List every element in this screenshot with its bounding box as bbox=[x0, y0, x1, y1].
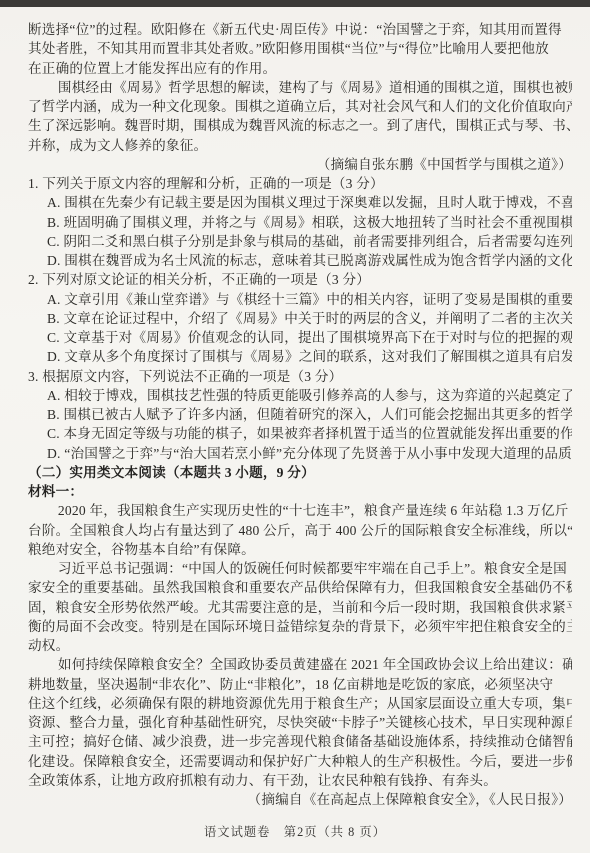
text-line: 台阶。全国粮食人均占有量达到了 480 公斤，高于 400 公斤的国际粮食安全标… bbox=[28, 521, 572, 540]
text-line: 耕地数量，坚决遏制“非农化”、防止“非粮化”，18 亿亩耕地是吃饭的家底，必须坚… bbox=[28, 675, 572, 694]
option-b: B. 文章在论证过程中，介绍了《周易》中关于时的两层的含义，并阐明了二者的主次关… bbox=[28, 309, 572, 328]
option-d: D. 文章从多个角度探讨了围棋与《周易》之间的联系，这对我们了解围棋之道具有启发… bbox=[28, 347, 572, 366]
material-1-paragraph-1: 2020 年，我国粮食生产实现历史性的“十七连丰”，粮食产量连续 6 年站稳 1… bbox=[28, 501, 572, 559]
question-stem: 2. 下列对原文论证的相关分析，不正确的一项是（3 分） bbox=[28, 270, 572, 289]
page-footer: 语文试题卷 第2页（共 8 页） bbox=[0, 822, 590, 840]
text-line: 衡的局面不会改变。特别是在国际环境日益错综复杂的背景下，必须牢牢把住粮食安全的主 bbox=[28, 617, 572, 636]
passage-continuation-paragraph: 断选择“位”的过程。欧阳修在《新五代史·周臣传》中说：“治国譬之于弈，知其用而置… bbox=[28, 20, 572, 78]
text-line: 如何持续保障粮食安全？全国政协委员黄建盛在 2021 年全国政协会议上给出建议：… bbox=[28, 655, 572, 674]
text-line: 主可控；搞好仓储、减少浪费，进一步完善现代粮食储备基础设施体系，持续推动仓储智能 bbox=[28, 732, 572, 751]
question-stem: 3. 根据原文内容，下列说法不正确的一项是（3 分） bbox=[28, 367, 572, 386]
citation-line: （摘编自《在高起点上保障粮食安全》，《人民日报》） bbox=[28, 790, 572, 809]
option-c: C. 本身无固定等级与功能的棋子，如果被弈者择机置于适当的位置就能发挥出重要的作… bbox=[28, 424, 572, 443]
text-line: 习近平总书记强调：“中国人的饭碗任何时候都要牢牢端在自己手上”。粮食安全是国 bbox=[28, 559, 572, 578]
text-line: 粮绝对安全，谷物基本自给”有保障。 bbox=[28, 540, 572, 559]
text-line: 家安全的重要基础。虽然我国粮食和重要农产品供给保障有力，但我国粮食安全基础仍不稳 bbox=[28, 578, 572, 597]
text-line: 并称，成为文人修养的象征。 bbox=[28, 136, 572, 155]
source-citation-material-1: （摘编自《在高起点上保障粮食安全》，《人民日报》） bbox=[28, 790, 572, 809]
text-line: 资源、整合力量，强化育种基础性研究，尽快突破“卡脖子”关键核心技术，早日实现种源… bbox=[28, 713, 572, 732]
option-d: D. 围棋在魏晋成为名士风流的标志，意味着其已脱离游戏属性成为饱含哲学内涵的文化… bbox=[28, 251, 572, 270]
scan-edge-artifact bbox=[0, 0, 590, 7]
text-line: 2020 年，我国粮食生产实现历史性的“十七连丰”，粮食产量连续 6 年站稳 1… bbox=[28, 501, 572, 520]
exam-page: 断选择“位”的过程。欧阳修在《新五代史·周臣传》中说：“治国譬之于弈，知其用而置… bbox=[0, 0, 590, 853]
question-3: 3. 根据原文内容，下列说法不正确的一项是（3 分）A. 相较于博戏，围棋技艺性… bbox=[28, 367, 572, 463]
option-c: C. 文章基于对《周易》价值观念的认同，提出了围棋境界高下在于对时与位的把握的观… bbox=[28, 328, 572, 347]
option-a: A. 围棋在先秦少有记载主要是因为围棋义理过于深奥难以发掘，且时人耽于博戏，不喜… bbox=[28, 193, 572, 212]
material-1-paragraph-3: 如何持续保障粮食安全？全国政协委员黄建盛在 2021 年全国政协会议上给出建议：… bbox=[28, 655, 572, 790]
option-c: C. 阴阳二爻和黑白棋子分别是卦象与棋局的基础，前者需要排列组合，后者需要勾连列… bbox=[28, 232, 572, 251]
option-b: B. 班固明确了围棋义理，并将之与《周易》相联，这极大地扭转了当时社会不重视围棋… bbox=[28, 213, 572, 232]
exam-text: 断选择“位”的过程。欧阳修在《新五代史·周臣传》中说：“治国譬之于弈，知其用而置… bbox=[28, 20, 572, 809]
question-2: 2. 下列对原文论证的相关分析，不正确的一项是（3 分）A. 文章引用《兼山堂弈… bbox=[28, 270, 572, 366]
text-line: 全政策体系，让地方政府抓粮有动力、有干劲，让农民种粮有钱挣、有奔头。 bbox=[28, 771, 572, 790]
passage-paragraph-zhouyi: 围棋经由《周易》哲学思想的解读，建构了与《周易》道相通的围棋之道，围棋也被赋予了… bbox=[28, 78, 572, 155]
option-d: D. “治国譬之于弈”与“治大国若烹小鲜”充分体现了先贤善于从小事中发现大道理的… bbox=[28, 444, 572, 463]
material-label: 材料一： bbox=[28, 482, 572, 501]
question-stem: 1. 下列关于原文内容的理解和分析，正确的一项是（3 分） bbox=[28, 174, 572, 193]
section-heading-2: （二）实用类文本阅读（本题共 3 小题，9 分） bbox=[28, 463, 572, 482]
text-line: 断选择“位”的过程。欧阳修在《新五代史·周臣传》中说：“治国譬之于弈，知其用而置… bbox=[28, 20, 572, 39]
question-1: 1. 下列关于原文内容的理解和分析，正确的一项是（3 分）A. 围棋在先秦少有记… bbox=[28, 174, 572, 270]
text-line: 其处者胜，不知其用而置非其处者败。”欧阳修用围棋“当位”与“得位”比喻用人要把他… bbox=[28, 39, 572, 58]
text-line: 动权。 bbox=[28, 636, 572, 655]
text-line: 固，粮食安全形势依然严峻。尤其需要注意的是，当前和今后一段时期，我国粮食供求紧平 bbox=[28, 598, 572, 617]
citation-line: （摘编自张东鹏《中国哲学与围棋之道》） bbox=[28, 155, 572, 174]
text-line: 生了深远影响。魏晋时期，围棋成为魏晋风流的标志之一。到了唐代，围棋正式与琴、书、… bbox=[28, 116, 572, 135]
material-1-label: 材料一： bbox=[28, 482, 572, 501]
text-line: 围棋经由《周易》哲学思想的解读，建构了与《周易》道相通的围棋之道，围棋也被赋予 bbox=[28, 78, 572, 97]
text-line: 了哲学内涵，成为一种文化现象。围棋之道确立后，其对社会风气和人们的文化价值取向产 bbox=[28, 97, 572, 116]
option-b: B. 围棋已被古人赋予了许多内涵，但随着研究的深入，人们可能会挖掘出其更多的哲学… bbox=[28, 405, 572, 424]
text-line: 化建设。保障粮食安全，还需要调动和保护好广大种粮人的生产积极性。今后，要进一步健 bbox=[28, 752, 572, 771]
text-line: 在正确的位置上才能发挥出应有的作用。 bbox=[28, 59, 572, 78]
option-a: A. 文章引用《兼山堂弈谱》与《棋经十三篇》中的相关内容，证明了变易是围棋的重要… bbox=[28, 290, 572, 309]
material-1-paragraph-2: 习近平总书记强调：“中国人的饭碗任何时候都要牢牢端在自己手上”。粮食安全是国家安… bbox=[28, 559, 572, 655]
text-line: 住这个红线，必须确保有限的耕地资源优先用于粮食生产；从国家层面设立重大专项，集中 bbox=[28, 694, 572, 713]
source-citation-passage-1: （摘编自张东鹏《中国哲学与围棋之道》） bbox=[28, 155, 572, 174]
option-a: A. 相较于博戏，围棋技艺性强的特质更能吸引修养高的人参与，这为弈道的兴起奠定了… bbox=[28, 386, 572, 405]
section-heading: （二）实用类文本阅读（本题共 3 小题，9 分） bbox=[28, 463, 572, 482]
